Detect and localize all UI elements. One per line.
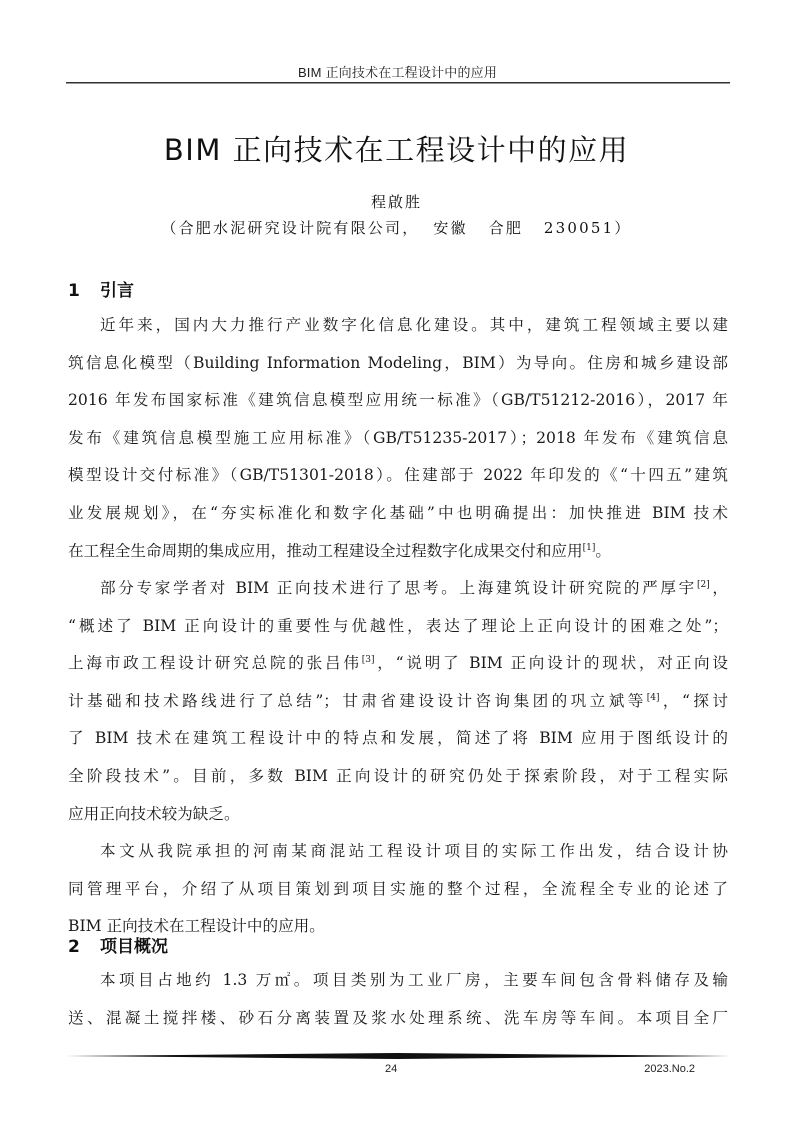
text-line: 同管理平台，介绍了从项目策划到项目实施的整个过程，全流程全专业的论述了 [68, 871, 728, 909]
text-span: 。 [595, 542, 611, 560]
text-line: 近年来，国内大力推行产业数字化信息化建设。其中，建筑工程领域主要以建 [68, 307, 728, 345]
citation-ref[interactable]: [3] [362, 655, 375, 665]
text-line: 部分专家学者对 BIM 正向技术进行了思考。上海建筑设计研究院的严厚宇[2]， [68, 570, 728, 608]
text-line: 2016 年发布国家标准《建筑信息模型应用统一标准》（GB/T51212-201… [68, 382, 728, 420]
text-span: 在工程全生命周期的集成应用，推动工程建设全过程数字化成果交付和应用 [68, 542, 583, 560]
text-span: 上海市政工程设计研究总院的张吕伟 [68, 654, 362, 672]
text-line: 在工程全生命周期的集成应用，推动工程建设全过程数字化成果交付和应用[1]。 [68, 533, 728, 571]
section-heading-introduction: 1引言 [68, 276, 134, 301]
section-heading-project-overview: 2项目概况 [68, 932, 168, 957]
text-line: 发布《建筑信息模型施工应用标准》（GB/T51235-2017）；2018 年发… [68, 420, 728, 458]
text-line: 计基础和技术路线进行了总结”；甘肃省建设设计咨询集团的巩立斌等[4]，“探讨 [68, 683, 728, 721]
text-span: 部分专家学者对 BIM 正向技术进行了思考。上海建筑设计研究院的严厚宇 [100, 579, 697, 597]
text-line: 应用正向技术较为缺乏。 [68, 796, 728, 834]
text-line: “概述了 BIM 正向设计的重要性与优越性，表达了理论上正向设计的困难之处”； [68, 608, 728, 646]
page-number: 24 [385, 1063, 397, 1075]
article-title: BIM 正向技术在工程设计中的应用 [0, 128, 793, 169]
text-span: 计基础和技术路线进行了总结”；甘肃省建设设计咨询集团的巩立斌等 [68, 692, 647, 710]
text-line: 本文从我院承担的河南某商混站工程设计项目的实际工作出发，结合设计协 [68, 833, 728, 871]
text-line: 全阶段技术”。目前，多数 BIM 正向设计的研究仍处于探索阶段，对于工程实际 [68, 758, 728, 796]
text-line: 筑信息化模型（Building Information Modeling，BIM… [68, 345, 728, 383]
running-header: BIM 正向技术在工程设计中的应用 [66, 62, 729, 81]
author-affiliation: （合肥水泥研究设计院有限公司， 安徽 合肥 230051） [0, 217, 793, 238]
text-span: ，“探讨 [660, 692, 728, 710]
citation-ref[interactable]: [1] [583, 543, 596, 553]
text-span: ， [710, 579, 728, 597]
text-line: 上海市政工程设计研究总院的张吕伟[3]，“说明了 BIM 正向设计的现状，对正向… [68, 645, 728, 683]
text-line: 了 BIM 技术在建筑工程设计中的特点和发展，简述了将 BIM 应用于图纸设计的 [68, 720, 728, 758]
text-line: 本项目占地约 1.3 万㎡。项目类别为工业厂房，主要车间包含骨料储存及输 [68, 962, 728, 1000]
text-span: ，“说明了 BIM 正向设计的现状，对正向设 [374, 654, 728, 672]
text-line: 模型设计交付标准》（GB/T51301-2018）。住建部于 2022 年印发的… [68, 457, 728, 495]
author-name: 程啟胜 [0, 191, 793, 212]
text-line: 业发展规划》，在“夯实标准化和数字化基础”中也明确提出：加快推进 BIM 技术 [68, 495, 728, 533]
section-title: 引言 [100, 281, 134, 301]
footer-divider [66, 1053, 730, 1059]
section-number: 2 [68, 937, 100, 957]
text-line: 送、混凝土搅拌楼、砂石分离装置及浆水处理系统、洗车房等车间。本项目全厂 [68, 1000, 728, 1038]
journal-issue: 2023.No.2 [644, 1063, 695, 1075]
paragraph-intro-1: 近年来，国内大力推行产业数字化信息化建设。其中，建筑工程领域主要以建 筑信息化模… [68, 307, 728, 570]
paragraph-overview-1: 本项目占地约 1.3 万㎡。项目类别为工业厂房，主要车间包含骨料储存及输 送、混… [68, 962, 728, 1037]
citation-ref[interactable]: [2] [697, 580, 710, 590]
paragraph-intro-3: 本文从我院承担的河南某商混站工程设计项目的实际工作出发，结合设计协 同管理平台，… [68, 833, 728, 946]
paragraph-intro-2: 部分专家学者对 BIM 正向技术进行了思考。上海建筑设计研究院的严厚宇[2]， … [68, 570, 728, 833]
section-title: 项目概况 [100, 937, 168, 957]
section-number: 1 [68, 281, 100, 301]
header-divider [66, 82, 730, 84]
citation-ref[interactable]: [4] [647, 693, 660, 703]
